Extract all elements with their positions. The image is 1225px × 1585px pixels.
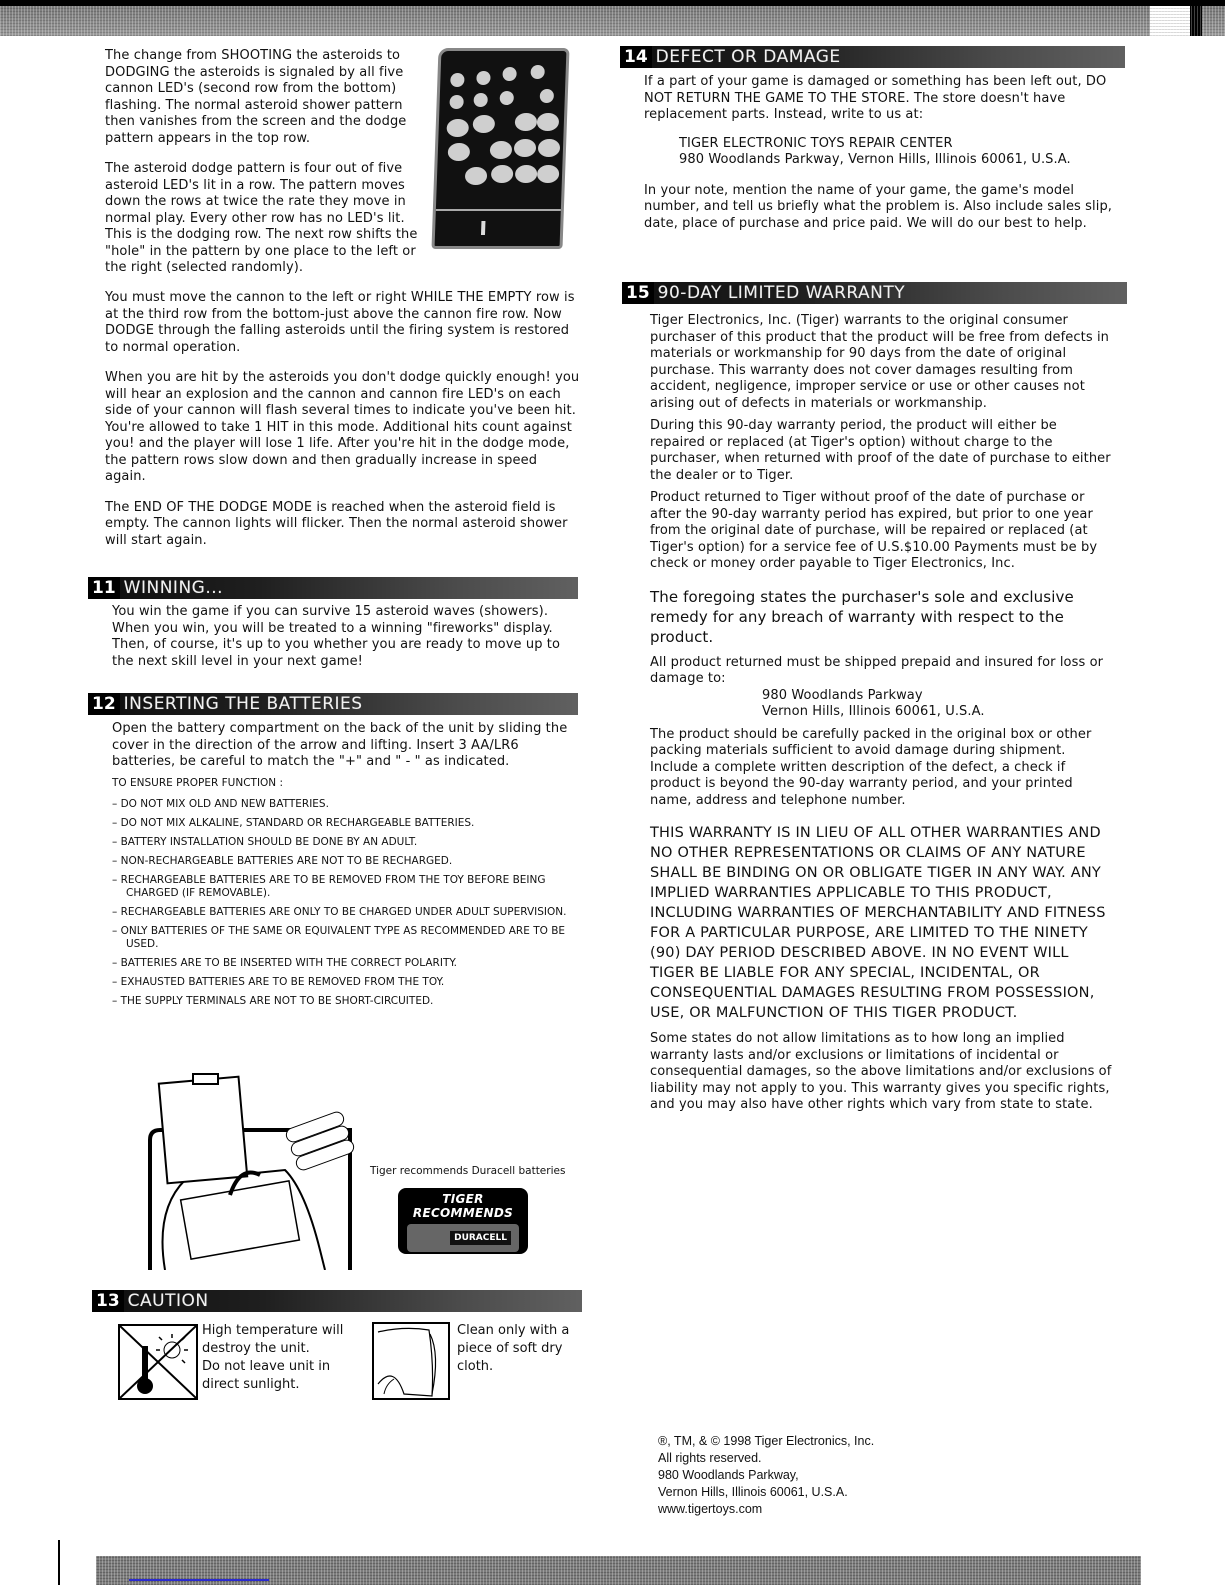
warranty-remedy: The foregoing states the purchaser's sol… <box>650 587 1116 647</box>
cleaning-line: Clean only with a <box>457 1322 569 1340</box>
battery-rule: Only batteries of the same or equivalent… <box>112 925 582 951</box>
section-12-header: 12 INSERTING THE BATTERIES <box>88 693 578 715</box>
cloth-icon <box>372 1322 450 1400</box>
edge-rule <box>58 1540 60 1585</box>
battery-rules-list: Do not mix old and new batteries. Do not… <box>112 798 582 1008</box>
batteries-lead: TO ENSURE PROPER FUNCTION : <box>112 777 582 790</box>
heat-warning-line: direct sunlight. <box>202 1376 343 1394</box>
section-title: 90-DAY LIMITED WARRANTY <box>654 283 906 303</box>
battery-icon <box>284 1110 355 1172</box>
winning-paragraph: You win the game if you can survive 15 a… <box>112 604 582 670</box>
battery-rule: Do not mix alkaline, standard or recharg… <box>112 817 582 830</box>
body-paragraph-2: When you are hit by the asteroids you do… <box>105 370 580 486</box>
warranty-shipping: All product returned must be shipped pre… <box>650 655 1116 688</box>
section-15-header: 15 90-DAY LIMITED WARRANTY <box>622 282 1127 304</box>
warranty-state-rights: Some states do not allow limitations as … <box>650 1031 1116 1114</box>
section-11-header: 11 WINNING... <box>88 577 578 599</box>
intro-paragraph-2: The asteroid dodge pattern is four out o… <box>105 161 423 277</box>
bottom-scan-band <box>96 1556 1141 1585</box>
section-title: CAUTION <box>124 1291 209 1311</box>
heat-warning-line: High temperature will <box>202 1322 343 1340</box>
section-number: 12 <box>88 693 120 715</box>
badge-brand: DURACELL <box>450 1231 511 1245</box>
section-14-body: If a part of your game is damaged or som… <box>644 74 1116 232</box>
section-number: 13 <box>92 1290 124 1312</box>
warranty-disclaimer: THIS WARRANTY IS IN LIEU OF ALL OTHER WA… <box>650 823 1116 1023</box>
batteries-paragraph: Open the battery compartment on the back… <box>112 721 582 771</box>
game-screen-image <box>431 48 569 249</box>
address-line: 980 Woodlands Parkway, Vernon Hills, Ill… <box>679 152 1116 169</box>
heat-warning-line: Do not leave unit in <box>202 1358 343 1376</box>
section-title: WINNING... <box>120 578 223 598</box>
website-link[interactable]: www.tigertoys.com <box>658 1501 874 1518</box>
body-paragraph-1: You must move the cannon to the left or … <box>105 290 580 356</box>
address-line: Vernon Hills, Illinois 60061, U.S.A. <box>762 704 1116 721</box>
dodge-intro: The change from SHOOTING the asteroids t… <box>105 48 423 277</box>
warranty-paragraph-2: During this 90-day warranty period, the … <box>650 418 1116 484</box>
badge-title: TIGER RECOMMENDS <box>398 1192 528 1220</box>
cleaning-line: piece of soft dry <box>457 1340 569 1358</box>
section-title: INSERTING THE BATTERIES <box>120 694 363 714</box>
battery-rule: Do not mix old and new batteries. <box>112 798 582 811</box>
section-12-body: Open the battery compartment on the back… <box>112 721 582 1014</box>
battery-compartment-illustration <box>145 1060 355 1270</box>
cleaning-instructions: Clean only with a piece of soft dry clot… <box>457 1322 569 1376</box>
section-number: 14 <box>620 46 652 68</box>
repair-center-address: TIGER ELECTRONIC TOYS REPAIR CENTER 980 … <box>644 136 1116 169</box>
top-scan-band <box>0 0 1225 36</box>
battery-rule: Rechargeable batteries are to be removed… <box>112 874 582 900</box>
body-paragraph-3: The END OF THE DODGE MODE is reached whe… <box>105 500 580 550</box>
battery-rule: Battery installation should be done by a… <box>112 836 582 849</box>
footer-line: 980 Woodlands Parkway, <box>658 1467 874 1484</box>
section-title: DEFECT OR DAMAGE <box>652 47 841 67</box>
battery-rule: Batteries are to be inserted with the co… <box>112 957 582 970</box>
footer-line: Vernon Hills, Illinois 60061, U.S.A. <box>658 1484 874 1501</box>
copyright-footer: ®, TM, & © 1998 Tiger Electronics, Inc. … <box>658 1433 874 1518</box>
battery-rule: Rechargeable batteries are only to be ch… <box>112 906 582 919</box>
section-13-header: 13 CAUTION <box>92 1290 582 1312</box>
section-15-body: Tiger Electronics, Inc. (Tiger) warrants… <box>650 313 1116 1114</box>
no-heat-icon <box>118 1324 198 1400</box>
battery-rule: Non-rechargeable batteries are not to be… <box>112 855 582 868</box>
duracell-caption: Tiger recommends Duracell batteries <box>370 1165 565 1177</box>
section-11-body: You win the game if you can survive 15 a… <box>112 604 582 670</box>
cannon-icon <box>481 221 485 235</box>
repair-dept-address: 980 Woodlands Parkway Vernon Hills, Illi… <box>650 688 1116 721</box>
warranty-paragraph-1: Tiger Electronics, Inc. (Tiger) warrants… <box>650 313 1116 412</box>
cleaning-line: cloth. <box>457 1358 569 1376</box>
defect-paragraph-2: In your note, mention the name of your g… <box>644 183 1116 233</box>
section-14-header: 14 DEFECT OR DAMAGE <box>620 46 1125 68</box>
battery-rule: Exhausted batteries are to be removed fr… <box>112 976 582 989</box>
battery-rule: The supply terminals are not to be short… <box>112 995 582 1008</box>
warranty-packing: The product should be carefully packed i… <box>650 727 1116 810</box>
heat-warning-line: destroy the unit. <box>202 1340 343 1358</box>
battery-icon: DURACELL <box>407 1224 519 1252</box>
warranty-paragraph-3: Product returned to Tiger without proof … <box>650 490 1116 573</box>
heat-warning: High temperature will destroy the unit. … <box>202 1322 343 1394</box>
section-number: 15 <box>622 282 654 304</box>
footer-line: All rights reserved. <box>658 1450 874 1467</box>
address-line: TIGER ELECTRONIC TOYS REPAIR CENTER <box>679 136 1116 153</box>
dodge-body: You must move the cannon to the left or … <box>105 290 580 549</box>
defect-paragraph-1: If a part of your game is damaged or som… <box>644 74 1116 124</box>
section-number: 11 <box>88 577 120 599</box>
footer-line: ®, TM, & © 1998 Tiger Electronics, Inc. <box>658 1433 874 1450</box>
link-underline <box>129 1579 269 1581</box>
address-line: 980 Woodlands Parkway <box>762 688 1116 705</box>
intro-paragraph-1: The change from SHOOTING the asteroids t… <box>105 48 423 147</box>
duracell-badge: TIGER RECOMMENDS DURACELL <box>398 1188 528 1254</box>
